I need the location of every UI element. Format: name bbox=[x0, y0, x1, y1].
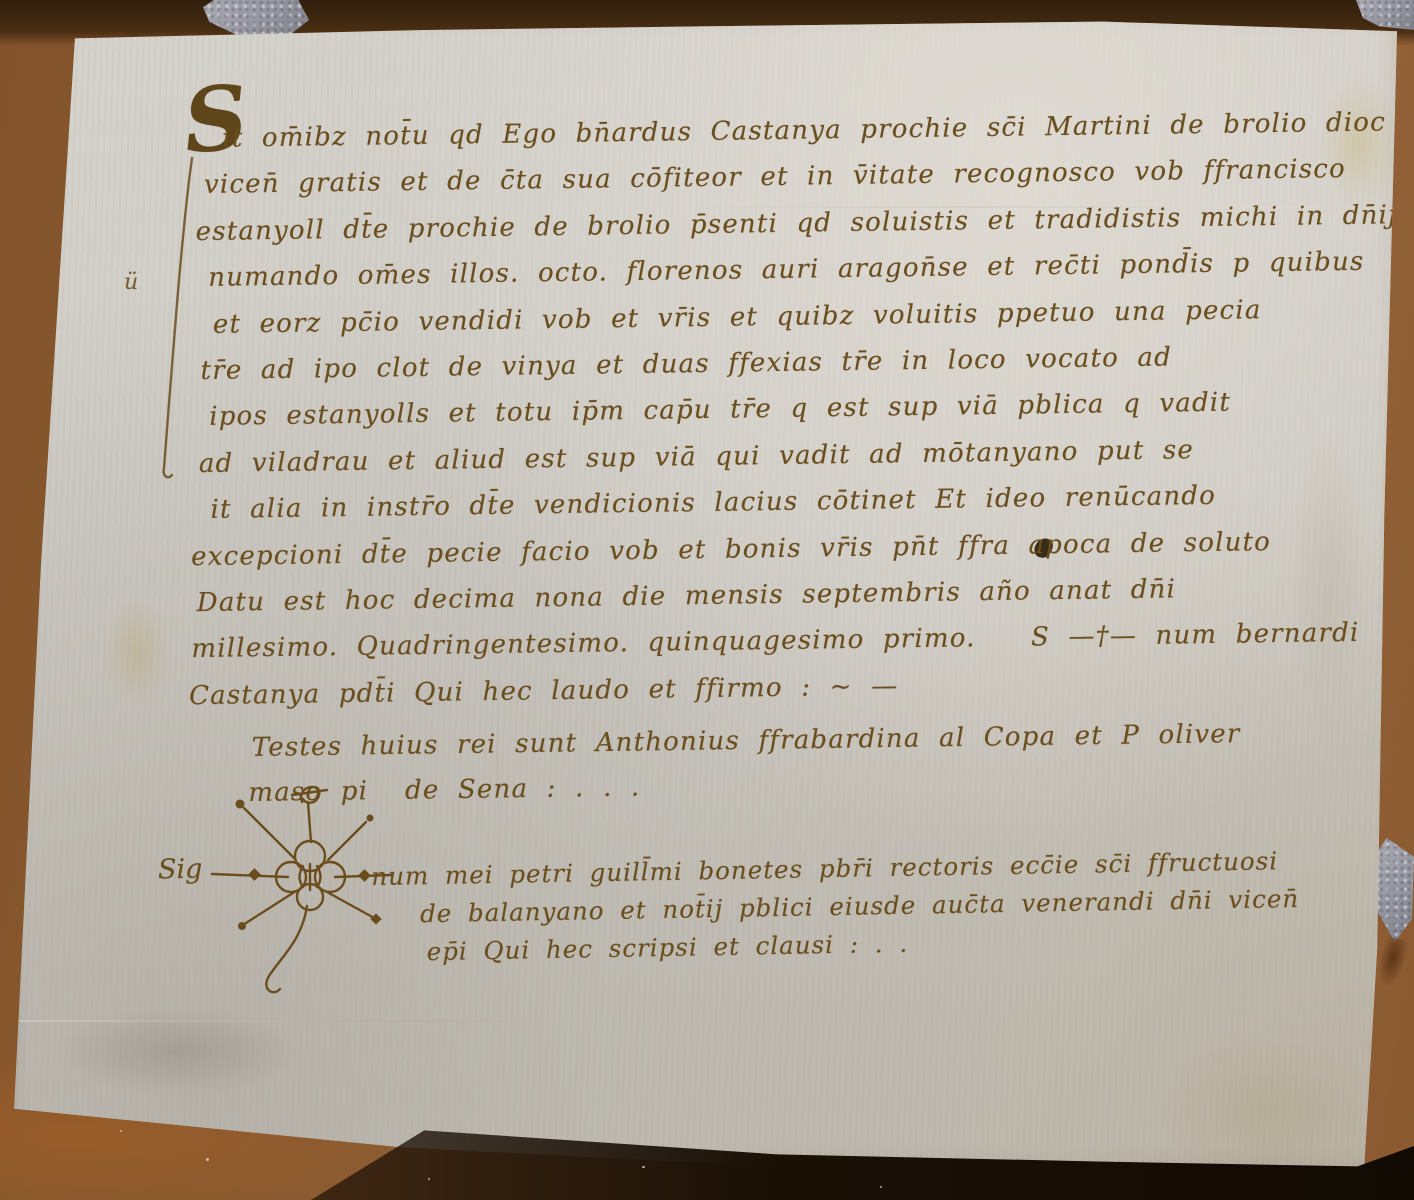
margin-mark: ü bbox=[124, 270, 138, 295]
water-stain-bottom-right bbox=[1160, 1040, 1370, 1180]
mat-speck bbox=[428, 1178, 430, 1180]
witness-clause: Testes huius rei sunt Anthonius ffrabard… bbox=[251, 712, 1241, 816]
parchment-sheet: S ü it om̄ibz not̄u qd Ego bn̄ardus Cast… bbox=[0, 0, 1414, 1200]
adhesive-smudge bbox=[1375, 936, 1410, 988]
mat-speck bbox=[120, 1130, 122, 1132]
sig-label: Sig bbox=[158, 854, 203, 886]
mat-speck bbox=[880, 1186, 882, 1188]
manuscript-photo: S ü it om̄ibz not̄u qd Ego bn̄ardus Cast… bbox=[0, 0, 1414, 1200]
stain-left-edge bbox=[104, 596, 170, 708]
notarial-sign-icon bbox=[206, 780, 396, 1015]
stain-bottom-left bbox=[56, 1008, 296, 1094]
notary-subscription: num mei petri guill̄mi bonetes pbr̄i rec… bbox=[371, 842, 1300, 972]
mat-speck bbox=[206, 1158, 209, 1161]
mat-speck bbox=[642, 1166, 645, 1168]
manuscript-text-body: it om̄ibz not̄u qd Ego bn̄ardus Castanya… bbox=[200, 99, 1414, 719]
